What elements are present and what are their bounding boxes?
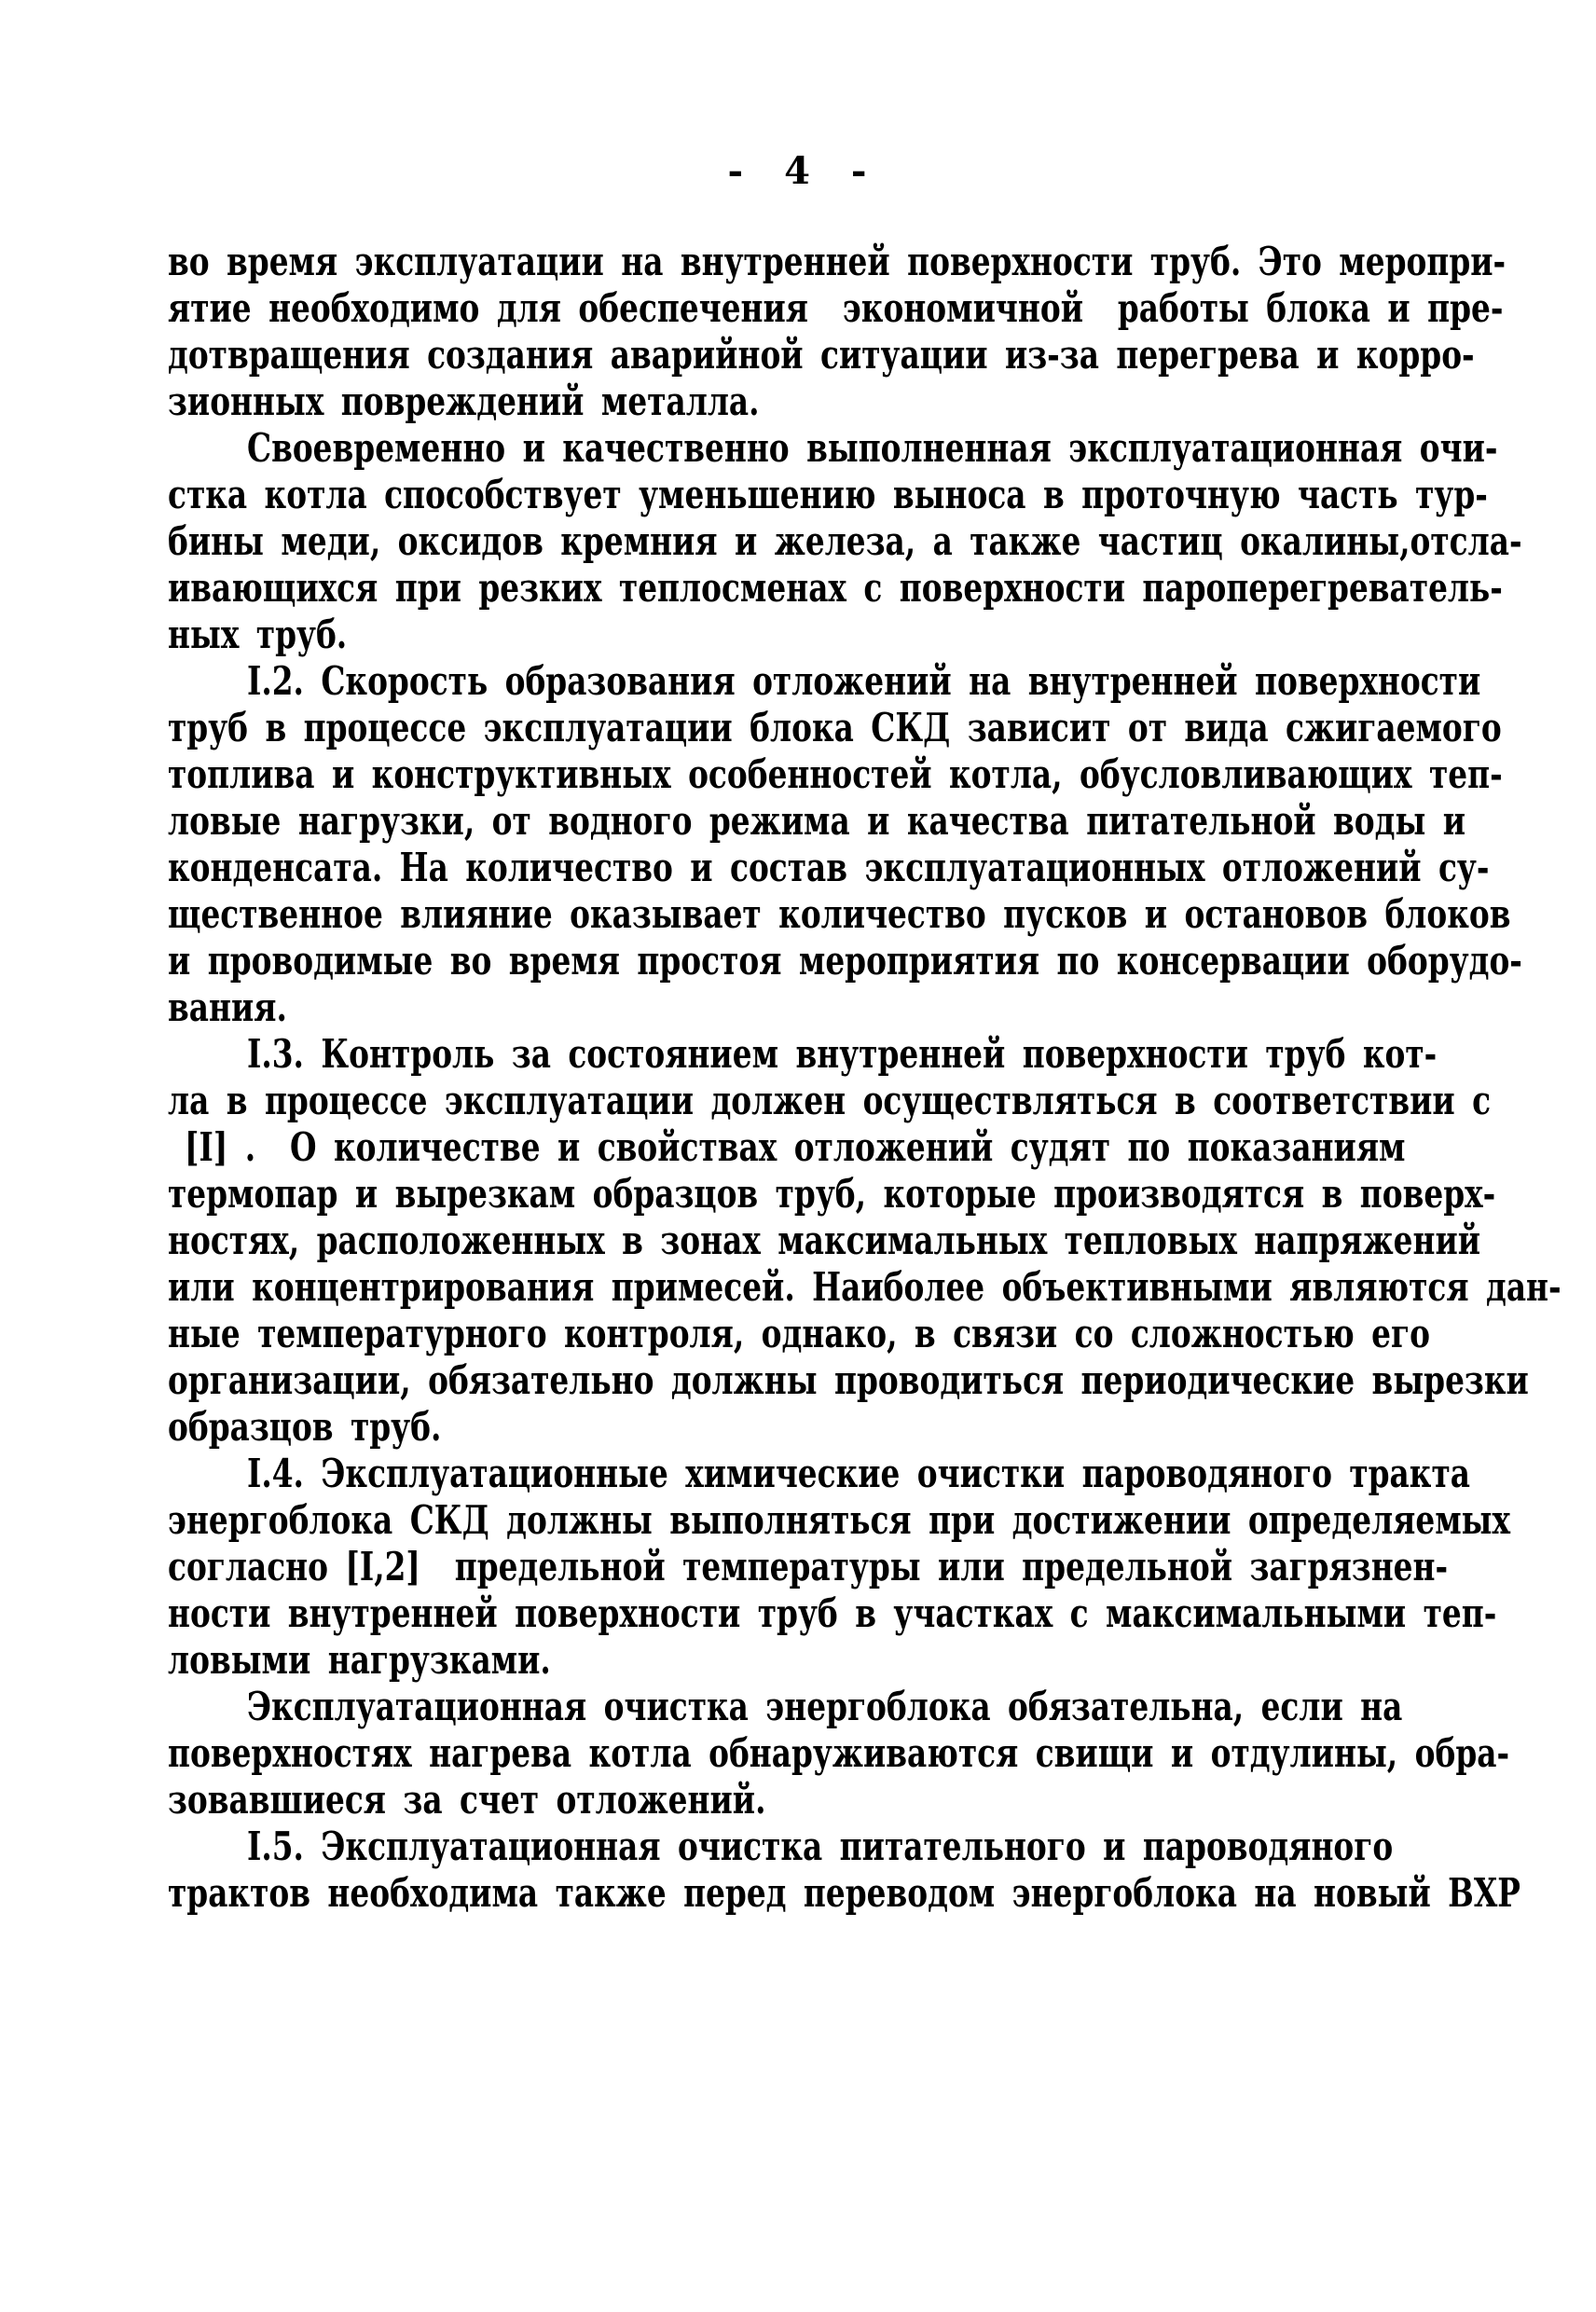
text-line: [I] . О количестве и свойствах отложений… bbox=[168, 1124, 1408, 1171]
text-line: термопар и вырезкам образцов труб, котор… bbox=[168, 1171, 1408, 1218]
text-line-content: трактов необходима также перед переводом… bbox=[168, 1870, 1520, 1917]
text-line-content: I.2. Скорость образования отложений на в… bbox=[247, 658, 1480, 705]
text-line: вания. bbox=[168, 984, 1408, 1031]
text-line: трактов необходима также перед переводом… bbox=[168, 1870, 1408, 1917]
text-line-content: зионных повреждений металла. bbox=[168, 378, 760, 425]
text-line-content: или концентрирования примесей. Наиболее … bbox=[168, 1264, 1562, 1311]
text-line: Своевременно и качественно выполненная э… bbox=[168, 425, 1408, 472]
text-line-content: вания. bbox=[168, 984, 287, 1031]
text-line-content: ловые нагрузки, от водного режима и каче… bbox=[168, 798, 1465, 845]
text-line-content: ла в процессе эксплуатации должен осущес… bbox=[168, 1078, 1491, 1124]
text-line: поверхностях нагрева котла обнаруживаютс… bbox=[168, 1730, 1408, 1777]
text-line: зовавшиеся за счет отложений. bbox=[168, 1777, 1408, 1823]
text-line: I.2. Скорость образования отложений на в… bbox=[168, 658, 1408, 705]
text-line: энергоблока СКД должны выполняться при д… bbox=[168, 1497, 1408, 1544]
text-line-content: термопар и вырезкам образцов труб, котор… bbox=[168, 1171, 1495, 1218]
text-line-content: I.5. Эксплуатационная очистка питательно… bbox=[247, 1823, 1393, 1870]
text-line-content: ности внутренней поверхности труб в учас… bbox=[168, 1590, 1496, 1637]
text-line-content: труб в процессе эксплуатации блока СКД з… bbox=[168, 705, 1502, 751]
text-line: I.3. Контроль за состоянием внутренней п… bbox=[168, 1031, 1408, 1078]
text-line: труб в процессе эксплуатации блока СКД з… bbox=[168, 705, 1408, 751]
text-line: ные температурного контроля, однако, в с… bbox=[168, 1311, 1408, 1357]
text-line: организации, обязательно должны проводит… bbox=[168, 1357, 1408, 1404]
text-line-content: согласно [I,2] предельной температуры ил… bbox=[168, 1544, 1448, 1590]
text-line: конденсата. На количество и состав экспл… bbox=[168, 845, 1408, 891]
text-line: согласно [I,2] предельной температуры ил… bbox=[168, 1544, 1408, 1590]
text-line-content: щественное влияние оказывает количество … bbox=[168, 891, 1511, 938]
text-line: щественное влияние оказывает количество … bbox=[168, 891, 1408, 938]
page-number: - 4 - bbox=[0, 148, 1596, 195]
text-line-content: Эксплуатационная очистка энергоблока обя… bbox=[247, 1684, 1402, 1730]
text-line: ятие необходимо для обеспечения экономич… bbox=[168, 285, 1408, 332]
text-line-content: Своевременно и качественно выполненная э… bbox=[247, 425, 1497, 472]
document-body: во время эксплуатации на внутренней пове… bbox=[168, 239, 1408, 1917]
text-line-content: ностях, расположенных в зонах максимальн… bbox=[168, 1218, 1480, 1264]
text-line-content: ловыми нагрузками. bbox=[168, 1637, 551, 1684]
text-line-content: ных труб. bbox=[168, 612, 347, 658]
text-line-content: организации, обязательно должны проводит… bbox=[168, 1357, 1529, 1404]
text-line: Эксплуатационная очистка энергоблока обя… bbox=[168, 1684, 1408, 1730]
text-line: ивающихся при резких теплосменах с повер… bbox=[168, 565, 1408, 612]
text-line-content: и проводимые во время простоя мероприяти… bbox=[168, 938, 1522, 984]
text-line-content: ятие необходимо для обеспечения экономич… bbox=[168, 285, 1503, 332]
text-line: ла в процессе эксплуатации должен осущес… bbox=[168, 1078, 1408, 1124]
text-line: топлива и конструктивных особенностей ко… bbox=[168, 751, 1408, 798]
text-line: зионных повреждений металла. bbox=[168, 378, 1408, 425]
text-line-content: конденсата. На количество и состав экспл… bbox=[168, 845, 1489, 891]
text-line-content: во время эксплуатации на внутренней пове… bbox=[168, 239, 1506, 285]
text-line: ных труб. bbox=[168, 612, 1408, 658]
text-line-content: топлива и конструктивных особенностей ко… bbox=[168, 751, 1503, 798]
text-line: I.4. Эксплуатационные химические очистки… bbox=[168, 1451, 1408, 1497]
text-line-content: энергоблока СКД должны выполняться при д… bbox=[168, 1497, 1510, 1544]
text-line-content: зовавшиеся за счет отложений. bbox=[168, 1777, 765, 1823]
text-line-content: I.3. Контроль за состоянием внутренней п… bbox=[247, 1031, 1437, 1078]
text-line-content: дотвращения создания аварийной ситуации … bbox=[168, 332, 1475, 378]
text-line: дотвращения создания аварийной ситуации … bbox=[168, 332, 1408, 378]
document-page: - 4 - во время эксплуатации на внутренне… bbox=[0, 0, 1596, 2312]
text-line-content: стка котла способствует уменьшению вынос… bbox=[168, 472, 1488, 518]
text-line-content: поверхностях нагрева котла обнаруживаютс… bbox=[168, 1730, 1509, 1777]
text-line: стка котла способствует уменьшению вынос… bbox=[168, 472, 1408, 518]
text-line-content: [I] . О количестве и свойствах отложений… bbox=[185, 1124, 1405, 1171]
text-line: I.5. Эксплуатационная очистка питательно… bbox=[168, 1823, 1408, 1870]
text-line: ности внутренней поверхности труб в учас… bbox=[168, 1590, 1408, 1637]
text-line-content: ивающихся при резких теплосменах с повер… bbox=[168, 565, 1503, 612]
text-line: или концентрирования примесей. Наиболее … bbox=[168, 1264, 1408, 1311]
text-line-content: ные температурного контроля, однако, в с… bbox=[168, 1311, 1430, 1357]
text-line-content: I.4. Эксплуатационные химические очистки… bbox=[247, 1451, 1470, 1497]
text-line: ловые нагрузки, от водного режима и каче… bbox=[168, 798, 1408, 845]
text-line-content: бины меди, оксидов кремния и железа, а т… bbox=[168, 518, 1522, 565]
text-line: и проводимые во время простоя мероприяти… bbox=[168, 938, 1408, 984]
text-line: бины меди, оксидов кремния и железа, а т… bbox=[168, 518, 1408, 565]
text-line: во время эксплуатации на внутренней пове… bbox=[168, 239, 1408, 285]
text-line-content: образцов труб. bbox=[168, 1404, 441, 1451]
text-line: образцов труб. bbox=[168, 1404, 1408, 1451]
text-line: ностях, расположенных в зонах максимальн… bbox=[168, 1218, 1408, 1264]
text-line: ловыми нагрузками. bbox=[168, 1637, 1408, 1684]
